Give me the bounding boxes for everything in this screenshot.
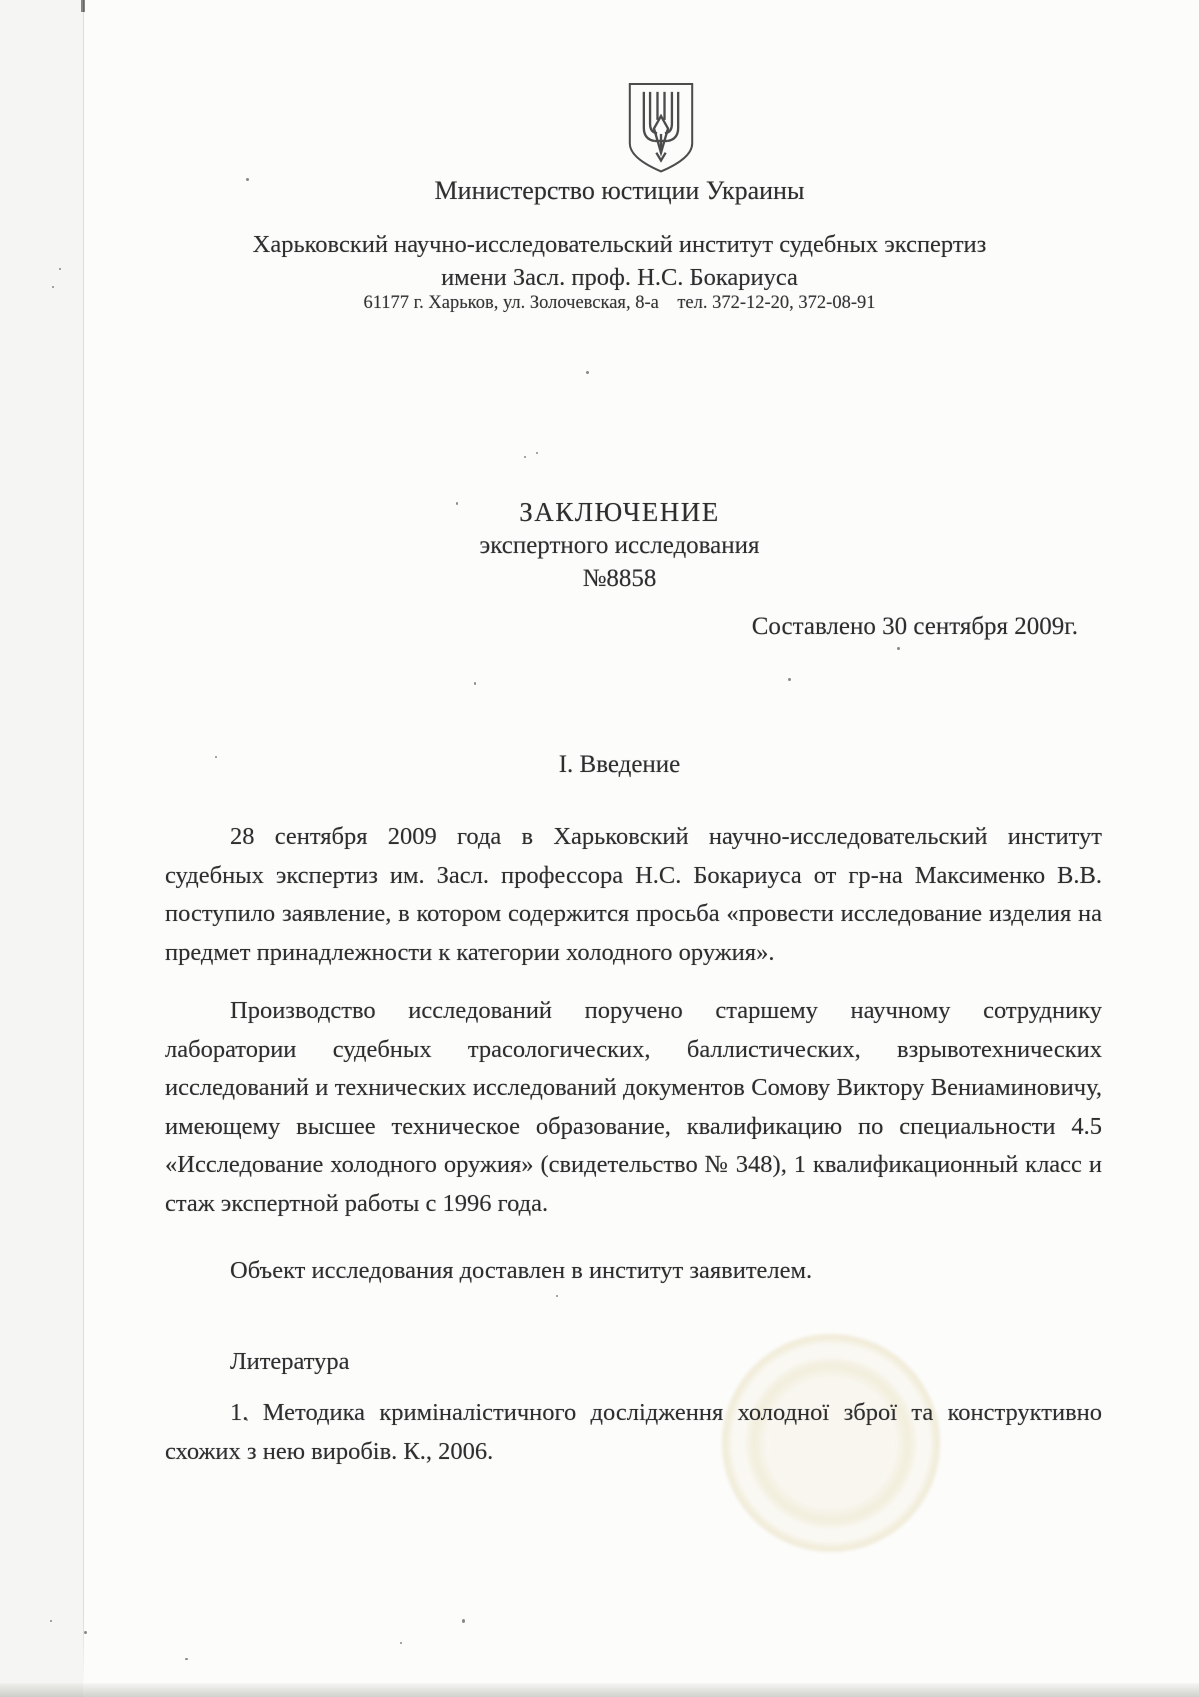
- scan-speck: [897, 647, 900, 650]
- scan-speck: [524, 456, 526, 458]
- scan-speck: [185, 1658, 188, 1660]
- ukraine-trident-icon: [622, 80, 700, 177]
- section-heading-introduction: I. Введение: [40, 751, 1199, 779]
- institute-name-line2: имени Засл. проф. Н.С. Бокариуса: [40, 264, 1199, 292]
- scan-speck: [536, 452, 538, 454]
- scan-speck: [556, 1295, 558, 1297]
- scan-speck: [788, 678, 791, 681]
- paragraph-expert-assignment: Производство исследований поручено старш…: [165, 992, 1102, 1224]
- scanned-document-page: Министерство юстиции Украины Харьковский…: [0, 0, 1199, 1697]
- scan-speck: [474, 682, 476, 685]
- institute-name-line1: Харьковский научно-исследовательский инс…: [40, 231, 1199, 259]
- scan-speck: [84, 1631, 87, 1634]
- document-title: ЗАКЛЮЧЕНИЕ: [40, 497, 1199, 528]
- scan-speck: [462, 1619, 465, 1623]
- institute-address: 61177 г. Харьков, ул. Золочевская, 8-а т…: [40, 293, 1199, 314]
- literature-item: 1. Методика криміналістичного дослідженн…: [165, 1394, 1102, 1471]
- ministry-title: Министерство юстиции Украины: [40, 176, 1199, 206]
- composition-date: Составлено 30 сентября 2009г.: [752, 613, 1078, 641]
- scan-speck: [586, 371, 589, 374]
- scan-bottom-edge: [0, 1683, 1199, 1697]
- scan-edge-mark: [81, 0, 85, 12]
- trident-shield-svg: [622, 80, 700, 177]
- literature-heading: Литература: [165, 1348, 1102, 1376]
- scan-speck: [400, 1642, 402, 1644]
- document-number: №8858: [40, 565, 1199, 593]
- paragraph-application: 28 сентября 2009 года в Харьковский науч…: [165, 818, 1102, 972]
- scan-speck: [50, 1620, 52, 1622]
- document-subtitle: экспертного исследования: [40, 532, 1199, 560]
- paragraph-object-delivery: Объект исследования доставлен в институт…: [165, 1252, 1102, 1291]
